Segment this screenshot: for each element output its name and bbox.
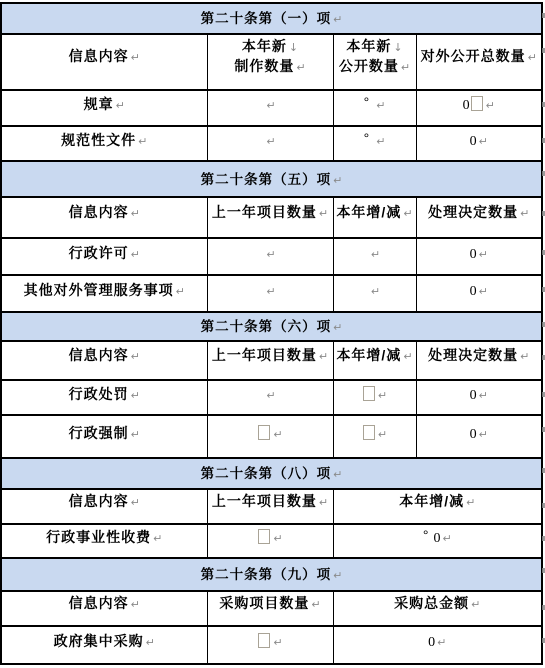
cell-value: 0 (470, 134, 477, 149)
empty-box-glyph (471, 96, 483, 111)
cell-line: 0↵ (419, 131, 540, 151)
row-label: 行政事业性收费↵ (1, 524, 207, 558)
pilcrow-mark: ↵ (319, 207, 328, 220)
empty-box-glyph (258, 529, 270, 544)
cell-text: 本年增/减 (336, 347, 401, 363)
cell-line: 0↵ (419, 385, 540, 405)
pilcrow-mark: ↵ (378, 428, 387, 441)
empty-box-glyph (363, 386, 375, 401)
table-cell: °0↵ (333, 524, 542, 558)
cell-line: 本年增/减↵ (336, 492, 540, 512)
table-cell: ↵ (207, 415, 333, 458)
cell-line: ↵ (336, 424, 414, 444)
column-header: 本年增/减↵ (333, 341, 416, 380)
section-title-text: 第二十条第（六）项 (201, 319, 332, 334)
linebreak-mark: ↓ (393, 41, 402, 54)
column-header: 处理决定数量↵ (416, 197, 542, 238)
row-label: 行政处罚↵ (1, 380, 207, 415)
cell-line: 0↵ (419, 281, 540, 301)
section-band-row: 第二十条第（五）项↵ (1, 161, 542, 197)
pilcrow-mark: ↵ (138, 135, 147, 148)
cell-text: 处理决定数量 (428, 347, 518, 363)
cell-line: 规章↵ (4, 95, 205, 115)
pilcrow-mark: ↵ (333, 174, 342, 187)
pilcrow-mark: ↵ (333, 13, 342, 26)
cell-line: 其他对外管理服务事项↵ (4, 281, 205, 301)
table-row: 政府集中采购↵↵0↵ (1, 626, 542, 664)
empty-box-glyph (258, 425, 270, 440)
pilcrow-mark: ↵ (479, 285, 488, 298)
pilcrow-mark: ↵ (376, 99, 385, 112)
column-header: 上一年项目数量↵ (207, 341, 333, 380)
row-label: 其他对外管理服务事项↵ (1, 275, 207, 312)
column-header: 本年增/减↵ (333, 489, 542, 524)
cell-line: ↵ (210, 632, 331, 652)
pilcrow-mark: ↵ (528, 51, 537, 64)
pilcrow-mark: ↵ (371, 285, 380, 298)
table-cell: ↵ (333, 238, 416, 275)
fullwidth-space-mark: ° (423, 527, 429, 543)
cell-text: 规章 (84, 96, 114, 112)
column-header-row: 信息内容↵采购项目数量↵采购总金额↵ (1, 591, 542, 626)
pilcrow-mark: ↵ (131, 428, 140, 441)
table-row: 规章↵↵°↵0↵ (1, 90, 542, 126)
pilcrow-mark: ↵ (176, 285, 185, 298)
cell-text: 本年增/减 (336, 204, 401, 220)
pilcrow-mark: ↵ (266, 248, 275, 261)
cell-line: 制作数量↵ (210, 57, 331, 77)
row-label: 行政许可↵ (1, 238, 207, 275)
pilcrow-mark: ↵ (479, 428, 488, 441)
table-cell: ↵ (207, 275, 333, 312)
pilcrow-mark: ↵ (403, 207, 412, 220)
pilcrow-mark: ↵ (311, 598, 320, 611)
pilcrow-mark: ↵ (520, 207, 529, 220)
pilcrow-mark: ↵ (333, 321, 342, 334)
table-cell: 0↵ (416, 126, 542, 161)
pilcrow-mark: ↵ (333, 468, 342, 481)
column-header: 对外公开总数量↵ (416, 34, 542, 90)
cell-value: 0 (470, 427, 477, 442)
section-title-text: 第二十条第（九）项 (201, 567, 332, 582)
cell-value: 0 (470, 284, 477, 299)
pilcrow-mark: ↵ (403, 350, 412, 363)
table-cell: ↵ (207, 524, 333, 558)
column-header: 采购项目数量↵ (207, 591, 333, 626)
cell-text: 规范性文件 (61, 132, 136, 148)
section-band-row: 第二十条第（一）项↵ (1, 3, 542, 34)
table-cell: 0↵ (416, 380, 542, 415)
pilcrow-mark: ↵ (296, 61, 305, 74)
column-header: 信息内容↵ (1, 341, 207, 380)
cell-line: 规范性文件↵ (4, 131, 205, 151)
cell-line: 行政许可↵ (4, 244, 205, 264)
cell-text: 信息内容 (69, 493, 129, 509)
cell-line: ↵ (210, 385, 331, 405)
cell-line: ↵ (210, 528, 331, 548)
pilcrow-mark: ↵ (479, 389, 488, 402)
row-label: 规范性文件↵ (1, 126, 207, 161)
cell-line: 采购项目数量↵ (210, 594, 331, 614)
cell-line: 信息内容↵ (4, 346, 205, 366)
column-header: 本年新↓制作数量↵ (207, 34, 333, 90)
column-header: 上一年项目数量↵ (207, 197, 333, 238)
table-cell: ↵ (207, 626, 333, 664)
section-band-row: 第二十条第（八）项↵ (1, 458, 542, 489)
cell-text: 处理决定数量 (428, 204, 518, 220)
table-cell: °↵ (333, 90, 416, 126)
document-page: 第二十条第（一）项↵信息内容↵本年新↓制作数量↵本年新↓公开数量↵对外公开总数量… (0, 2, 545, 668)
table-cell: 0↵ (416, 90, 542, 126)
cell-line: 处理决定数量↵ (419, 346, 540, 366)
pilcrow-mark: ↵ (378, 389, 387, 402)
column-header: 处理决定数量↵ (416, 341, 542, 380)
cell-text: 信息内容 (69, 204, 129, 220)
row-label: 政府集中采购↵ (1, 626, 207, 664)
pilcrow-mark: ↵ (273, 532, 282, 545)
pilcrow-mark: ↵ (131, 598, 140, 611)
pilcrow-mark: ↵ (146, 636, 155, 649)
cell-text: 信息内容 (69, 347, 129, 363)
cell-line: ↵ (210, 131, 331, 151)
pilcrow-mark: ↵ (471, 598, 480, 611)
cell-line: 本年新↓ (210, 37, 331, 57)
cell-line: ↵ (210, 281, 331, 301)
table-cell: 0↵ (416, 238, 542, 275)
cell-value: 0 (428, 635, 435, 650)
cell-value: 0 (433, 531, 440, 546)
pilcrow-mark: ↵ (266, 99, 275, 112)
cell-line: 上一年项目数量↵ (210, 203, 331, 223)
table-cell: ↵ (333, 380, 416, 415)
cell-line: 本年增/减↵ (336, 203, 414, 223)
pilcrow-mark: ↵ (479, 248, 488, 261)
section-title: 第二十条第（一）项↵ (1, 3, 542, 34)
cell-text: 本年新 (346, 38, 391, 54)
pilcrow-mark: ↵ (266, 285, 275, 298)
pilcrow-mark: ↵ (486, 99, 495, 112)
section-title-text: 第二十条第（五）项 (201, 172, 332, 187)
cell-line: 信息内容↵ (4, 594, 205, 614)
table-cell: 0↵ (333, 626, 542, 664)
cell-line: 采购总金额↵ (336, 594, 540, 614)
cell-text: 行政事业性收费 (46, 529, 151, 545)
table-cell: ↵ (207, 90, 333, 126)
cell-line: 行政事业性收费↵ (4, 528, 205, 548)
cell-text: 本年新 (242, 38, 287, 54)
cell-text: 采购项目数量 (219, 595, 309, 611)
column-header-row: 信息内容↵上一年项目数量↵本年增/减↵ (1, 489, 542, 524)
pilcrow-mark: ↵ (319, 350, 328, 363)
column-header: 本年增/减↵ (333, 197, 416, 238)
cell-value: 0 (463, 98, 470, 113)
table-row: 规范性文件↵↵°↵0↵ (1, 126, 542, 161)
cell-text: 信息内容 (69, 48, 129, 64)
section-title: 第二十条第（八）项↵ (1, 458, 542, 489)
pilcrow-mark: ↵ (131, 389, 140, 402)
pilcrow-mark: ↵ (401, 61, 410, 74)
fullwidth-space-mark: ° (364, 130, 370, 146)
row-label: 规章↵ (1, 90, 207, 126)
cell-text: 本年增/减 (399, 493, 464, 509)
cell-value: 0 (470, 247, 477, 262)
section-band-row: 第二十条第（九）项↵ (1, 558, 542, 591)
cell-text: 对外公开总数量 (421, 48, 526, 64)
section-title-text: 第二十条第（一）项 (201, 11, 332, 26)
section-title: 第二十条第（九）项↵ (1, 558, 542, 591)
cell-line: ↵ (210, 244, 331, 264)
table-row: 其他对外管理服务事项↵↵↵0↵ (1, 275, 542, 312)
cell-text: 信息内容 (69, 595, 129, 611)
table-row: 行政强制↵↵↵0↵ (1, 415, 542, 458)
pilcrow-mark: ↵ (466, 496, 475, 509)
table-cell: ↵ (207, 126, 333, 161)
table-row: 行政处罚↵↵↵0↵ (1, 380, 542, 415)
cell-text: 采购总金额 (394, 595, 469, 611)
pilcrow-mark: ↵ (153, 532, 162, 545)
cell-line: ↵ (336, 385, 414, 405)
cell-text: 上一年项目数量 (212, 204, 317, 220)
pilcrow-mark: ↵ (131, 51, 140, 64)
pilcrow-mark: ↵ (131, 207, 140, 220)
cell-line: ↵ (210, 424, 331, 444)
pilcrow-mark: ↵ (319, 496, 328, 509)
linebreak-mark: ↓ (289, 41, 298, 54)
column-header: 采购总金额↵ (333, 591, 542, 626)
cell-line: 0↵ (419, 424, 540, 444)
table-cell: 0↵ (416, 415, 542, 458)
section-band-row: 第二十条第（六）项↵ (1, 312, 542, 341)
cell-text: 行政许可 (69, 245, 129, 261)
cell-text: 制作数量 (234, 58, 294, 74)
cell-line: 对外公开总数量↵ (419, 47, 540, 67)
cell-line: 行政强制↵ (4, 424, 205, 444)
cell-line: ↵ (336, 244, 414, 264)
cell-line: ↵ (336, 281, 414, 301)
disclosure-report-table: 第二十条第（一）项↵信息内容↵本年新↓制作数量↵本年新↓公开数量↵对外公开总数量… (0, 2, 543, 665)
cell-line: 信息内容↵ (4, 203, 205, 223)
section-title: 第二十条第（五）项↵ (1, 161, 542, 197)
table-cell: ↵ (207, 238, 333, 275)
table-cell: ↵ (333, 275, 416, 312)
pilcrow-mark: ↵ (273, 636, 282, 649)
column-header-row: 信息内容↵上一年项目数量↵本年增/减↵处理决定数量↵ (1, 341, 542, 380)
table-cell: 0↵ (416, 275, 542, 312)
pilcrow-mark: ↵ (442, 532, 451, 545)
pilcrow-mark: ↵ (333, 569, 342, 582)
table-cell: ↵ (333, 415, 416, 458)
column-header: 信息内容↵ (1, 489, 207, 524)
cell-line: 本年增/减↵ (336, 346, 414, 366)
pilcrow-mark: ↵ (266, 135, 275, 148)
column-header-row: 信息内容↵上一年项目数量↵本年增/减↵处理决定数量↵ (1, 197, 542, 238)
cell-value: 0 (470, 388, 477, 403)
cell-line: 行政处罚↵ (4, 385, 205, 405)
section-title: 第二十条第（六）项↵ (1, 312, 542, 341)
cell-text: 公开数量 (339, 58, 399, 74)
cell-text: 行政处罚 (69, 386, 129, 402)
column-header: 本年新↓公开数量↵ (333, 34, 416, 90)
column-header: 信息内容↵ (1, 197, 207, 238)
empty-box-glyph (363, 425, 375, 440)
pilcrow-mark: ↵ (131, 248, 140, 261)
table-cell: °↵ (333, 126, 416, 161)
cell-line: 0↵ (336, 632, 540, 652)
cell-line: 信息内容↵ (4, 492, 205, 512)
column-header: 信息内容↵ (1, 34, 207, 90)
pilcrow-mark: ↵ (273, 428, 282, 441)
column-header: 上一年项目数量↵ (207, 489, 333, 524)
pilcrow-mark: ↵ (520, 350, 529, 363)
cell-line: ↵ (210, 95, 331, 115)
cell-line: °0↵ (336, 528, 540, 548)
cell-line: 上一年项目数量↵ (210, 492, 331, 512)
cell-text: 其他对外管理服务事项 (24, 282, 174, 298)
cell-line: 处理决定数量↵ (419, 203, 540, 223)
column-header: 信息内容↵ (1, 591, 207, 626)
cell-line: 上一年项目数量↵ (210, 346, 331, 366)
fullwidth-space-mark: ° (364, 94, 370, 110)
pilcrow-mark: ↵ (131, 496, 140, 509)
pilcrow-mark: ↵ (371, 248, 380, 261)
pilcrow-mark: ↵ (479, 135, 488, 148)
table-row: 行政许可↵↵↵0↵ (1, 238, 542, 275)
column-header-row: 信息内容↵本年新↓制作数量↵本年新↓公开数量↵对外公开总数量↵ (1, 34, 542, 90)
pilcrow-mark: ↵ (437, 636, 446, 649)
cell-line: 0↵ (419, 95, 540, 115)
pilcrow-mark: ↵ (376, 135, 385, 148)
cell-line: 本年新↓ (336, 37, 414, 57)
section-title-text: 第二十条第（八）项 (201, 466, 332, 481)
pilcrow-mark: ↵ (116, 99, 125, 112)
cell-text: 政府集中采购 (54, 633, 144, 649)
empty-box-glyph (258, 633, 270, 648)
pilcrow-mark: ↵ (266, 389, 275, 402)
cell-line: 公开数量↵ (336, 57, 414, 77)
cell-text: 上一年项目数量 (212, 493, 317, 509)
pilcrow-mark: ↵ (131, 350, 140, 363)
cell-line: 政府集中采购↵ (4, 632, 205, 652)
table-cell: ↵ (207, 380, 333, 415)
cell-line: °↵ (336, 95, 414, 115)
table-row: 行政事业性收费↵↵°0↵ (1, 524, 542, 558)
row-label: 行政强制↵ (1, 415, 207, 458)
cell-text: 上一年项目数量 (212, 347, 317, 363)
cell-line: 信息内容↵ (4, 47, 205, 67)
cell-line: 0↵ (419, 244, 540, 264)
cell-text: 行政强制 (69, 425, 129, 441)
cell-line: °↵ (336, 131, 414, 151)
